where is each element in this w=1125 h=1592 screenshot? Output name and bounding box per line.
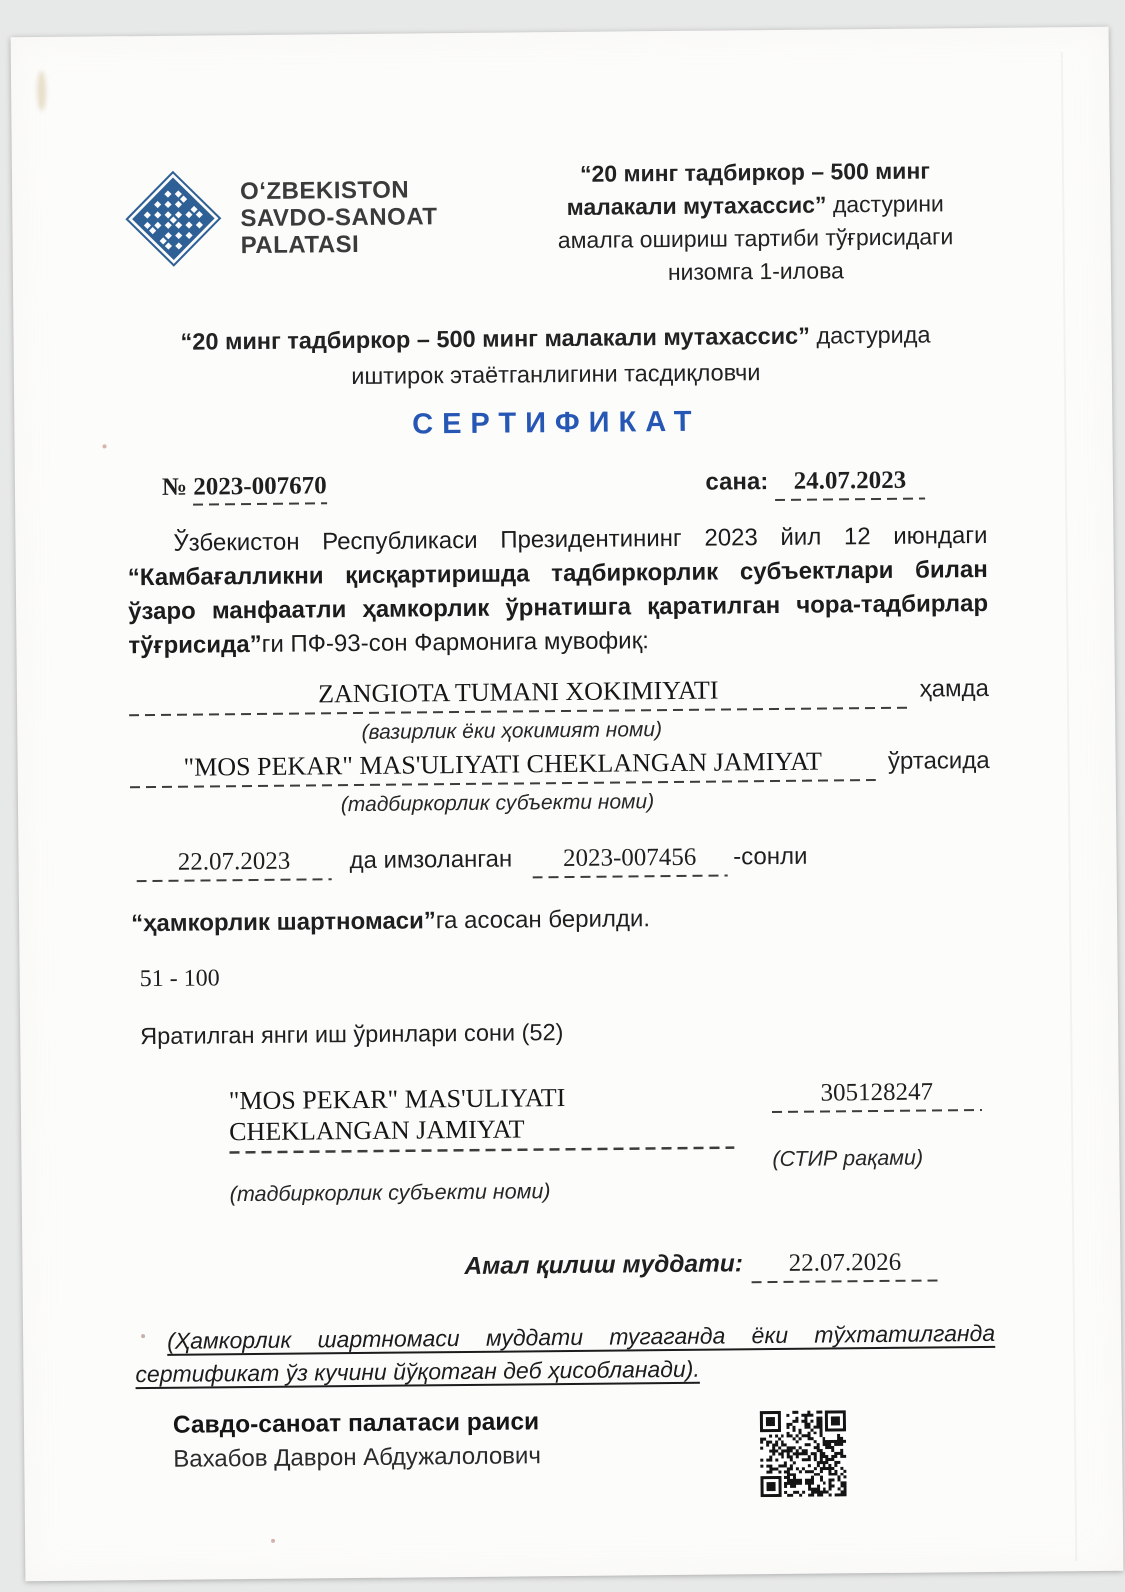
certificate-date: сана: 24.07.2023: [705, 467, 925, 502]
decree-lead: Ўзбекистон Республикаси Президентининг 2…: [173, 522, 987, 557]
decree-paragraph: Ўзбекистон Республикаси Президентининг 2…: [127, 519, 988, 663]
certificate-date-value: 24.07.2023: [775, 467, 925, 501]
subject-tin-block: 305128247 (СТИР рақами): [772, 1078, 983, 1202]
appendix-note: “20 минг тадбиркор – 500 минг малакали м…: [526, 154, 985, 290]
signer-name: Вахабов Даврон Абдужалолович: [173, 1439, 541, 1477]
ministry-caption: (вазирлик ёки ҳокимият номи): [129, 715, 989, 747]
employee-range: 51 - 100: [140, 958, 992, 993]
scan-speckle: [271, 1539, 275, 1543]
basis-line: “ҳамкорлик шартномаси”га асосан берилди.: [131, 902, 991, 938]
subject-details-name: "MOS PEKAR" MAS'ULIYATI CHEKLANGAN JAMIY…: [229, 1080, 735, 1147]
subject-details-name-block: "MOS PEKAR" MAS'ULIYATI CHEKLANGAN JAMIY…: [229, 1080, 735, 1207]
subject-details-caption: (тадбиркорлик субъекти номи): [230, 1177, 735, 1207]
subject-details: "MOS PEKAR" MAS'ULIYATI CHEKLANGAN JAMIY…: [133, 1078, 994, 1208]
signature-block: Савдо-саноат палатаси раиси Вахабов Давр…: [136, 1401, 997, 1508]
basis-bold: “ҳамкорлик шартномаси”: [131, 907, 436, 937]
validity-date: 22.07.2026: [751, 1248, 939, 1283]
chamber-name-line1: O‘ZBEKISTON: [240, 176, 437, 205]
validity-row: Амал қилиш муддати: 22.07.2026: [464, 1248, 994, 1286]
basis-rest: га асосан берилди.: [436, 905, 650, 934]
certificate-number: № 2023-007670: [162, 472, 327, 502]
certificate-number-label: №: [162, 474, 187, 501]
header: O‘ZBEKISTON SAVDO-SANOAT PALATASI “20 ми…: [124, 160, 985, 294]
ministry-party: ZANGIOTA TUMANI XOKIMIYATI ҳамда (вазирл…: [129, 673, 990, 747]
decree-tail: ги ПФ-93-сон Фармонига мувофиқ:: [262, 627, 649, 658]
ministry-name: ZANGIOTA TUMANI XOKIMIYATI: [318, 676, 719, 709]
chamber-name-line3: PALATASI: [240, 230, 437, 259]
qr-code: [760, 1410, 847, 1497]
program-name: “20 минг тадбиркор – 500 минг малакали м…: [180, 323, 810, 355]
signer-title: Савдо-саноат палатаси раиси: [173, 1405, 541, 1443]
termination-note: (Ҳамкорлик шартномаси муддати тугаганда …: [135, 1317, 996, 1391]
subject-name-line: "MOS PEKAR" MAS'ULIYATI CHEKLANGAN JAMIY…: [129, 746, 876, 788]
chamber-logo-block: O‘ZBEKISTON SAVDO-SANOAT PALATASI: [124, 165, 438, 270]
certificate-date-label: сана:: [705, 468, 768, 496]
ministry-suffix: ҳамда: [920, 675, 989, 704]
validity-label: Амал қилиш муддати:: [464, 1250, 743, 1281]
subject-party: "MOS PEKAR" MAS'ULIYATI CHEKLANGAN JAMIY…: [129, 745, 990, 819]
certificate-meta: № 2023-007670 сана: 24.07.2023: [127, 466, 987, 507]
subject-details-underline: [229, 1146, 734, 1154]
subject-suffix: ўртасида: [888, 747, 990, 776]
agreement-middle-text: да имзоланган: [349, 846, 512, 876]
subject-caption: (тадбиркорлик субъекти номи): [130, 787, 990, 819]
program-name-rest: дастурида: [810, 321, 931, 348]
subject-name: "MOS PEKAR" MAS'ULIYATI CHEKLANGAN JAMIY…: [183, 747, 822, 782]
new-jobs-line: Яратилган янги иш ўринлари сони (52): [140, 1015, 992, 1050]
program-statement: “20 минг тадбиркор – 500 минг малакали м…: [125, 316, 986, 396]
chamber-name: O‘ZBEKISTON SAVDO-SANOAT PALATASI: [240, 176, 438, 259]
agreement-line: 22.07.2023 да имзоланган 2023-007456 -со…: [136, 841, 990, 882]
chamber-name-line2: SAVDO-SANOAT: [240, 203, 437, 232]
scanned-document: O‘ZBEKISTON SAVDO-SANOAT PALATASI “20 ми…: [0, 0, 1125, 1592]
certificate-title: СЕРТИФИКАТ: [126, 403, 986, 444]
subject-tin: 305128247: [772, 1078, 982, 1113]
agreement-suffix: -сонли: [733, 843, 808, 872]
qr-code-block: [760, 1410, 847, 1502]
certificate-number-value: 2023-007670: [193, 472, 327, 505]
ministry-name-line: ZANGIOTA TUMANI XOKIMIYATI: [129, 674, 908, 716]
agreement-number: 2023-007456: [532, 843, 727, 878]
subject-tin-caption: (СТИР рақами): [772, 1145, 982, 1172]
agreement-sign-date: 22.07.2023: [136, 847, 331, 882]
certificate-page: O‘ZBEKISTON SAVDO-SANOAT PALATASI “20 ми…: [11, 27, 1124, 1581]
chamber-logo-icon: [124, 167, 223, 270]
